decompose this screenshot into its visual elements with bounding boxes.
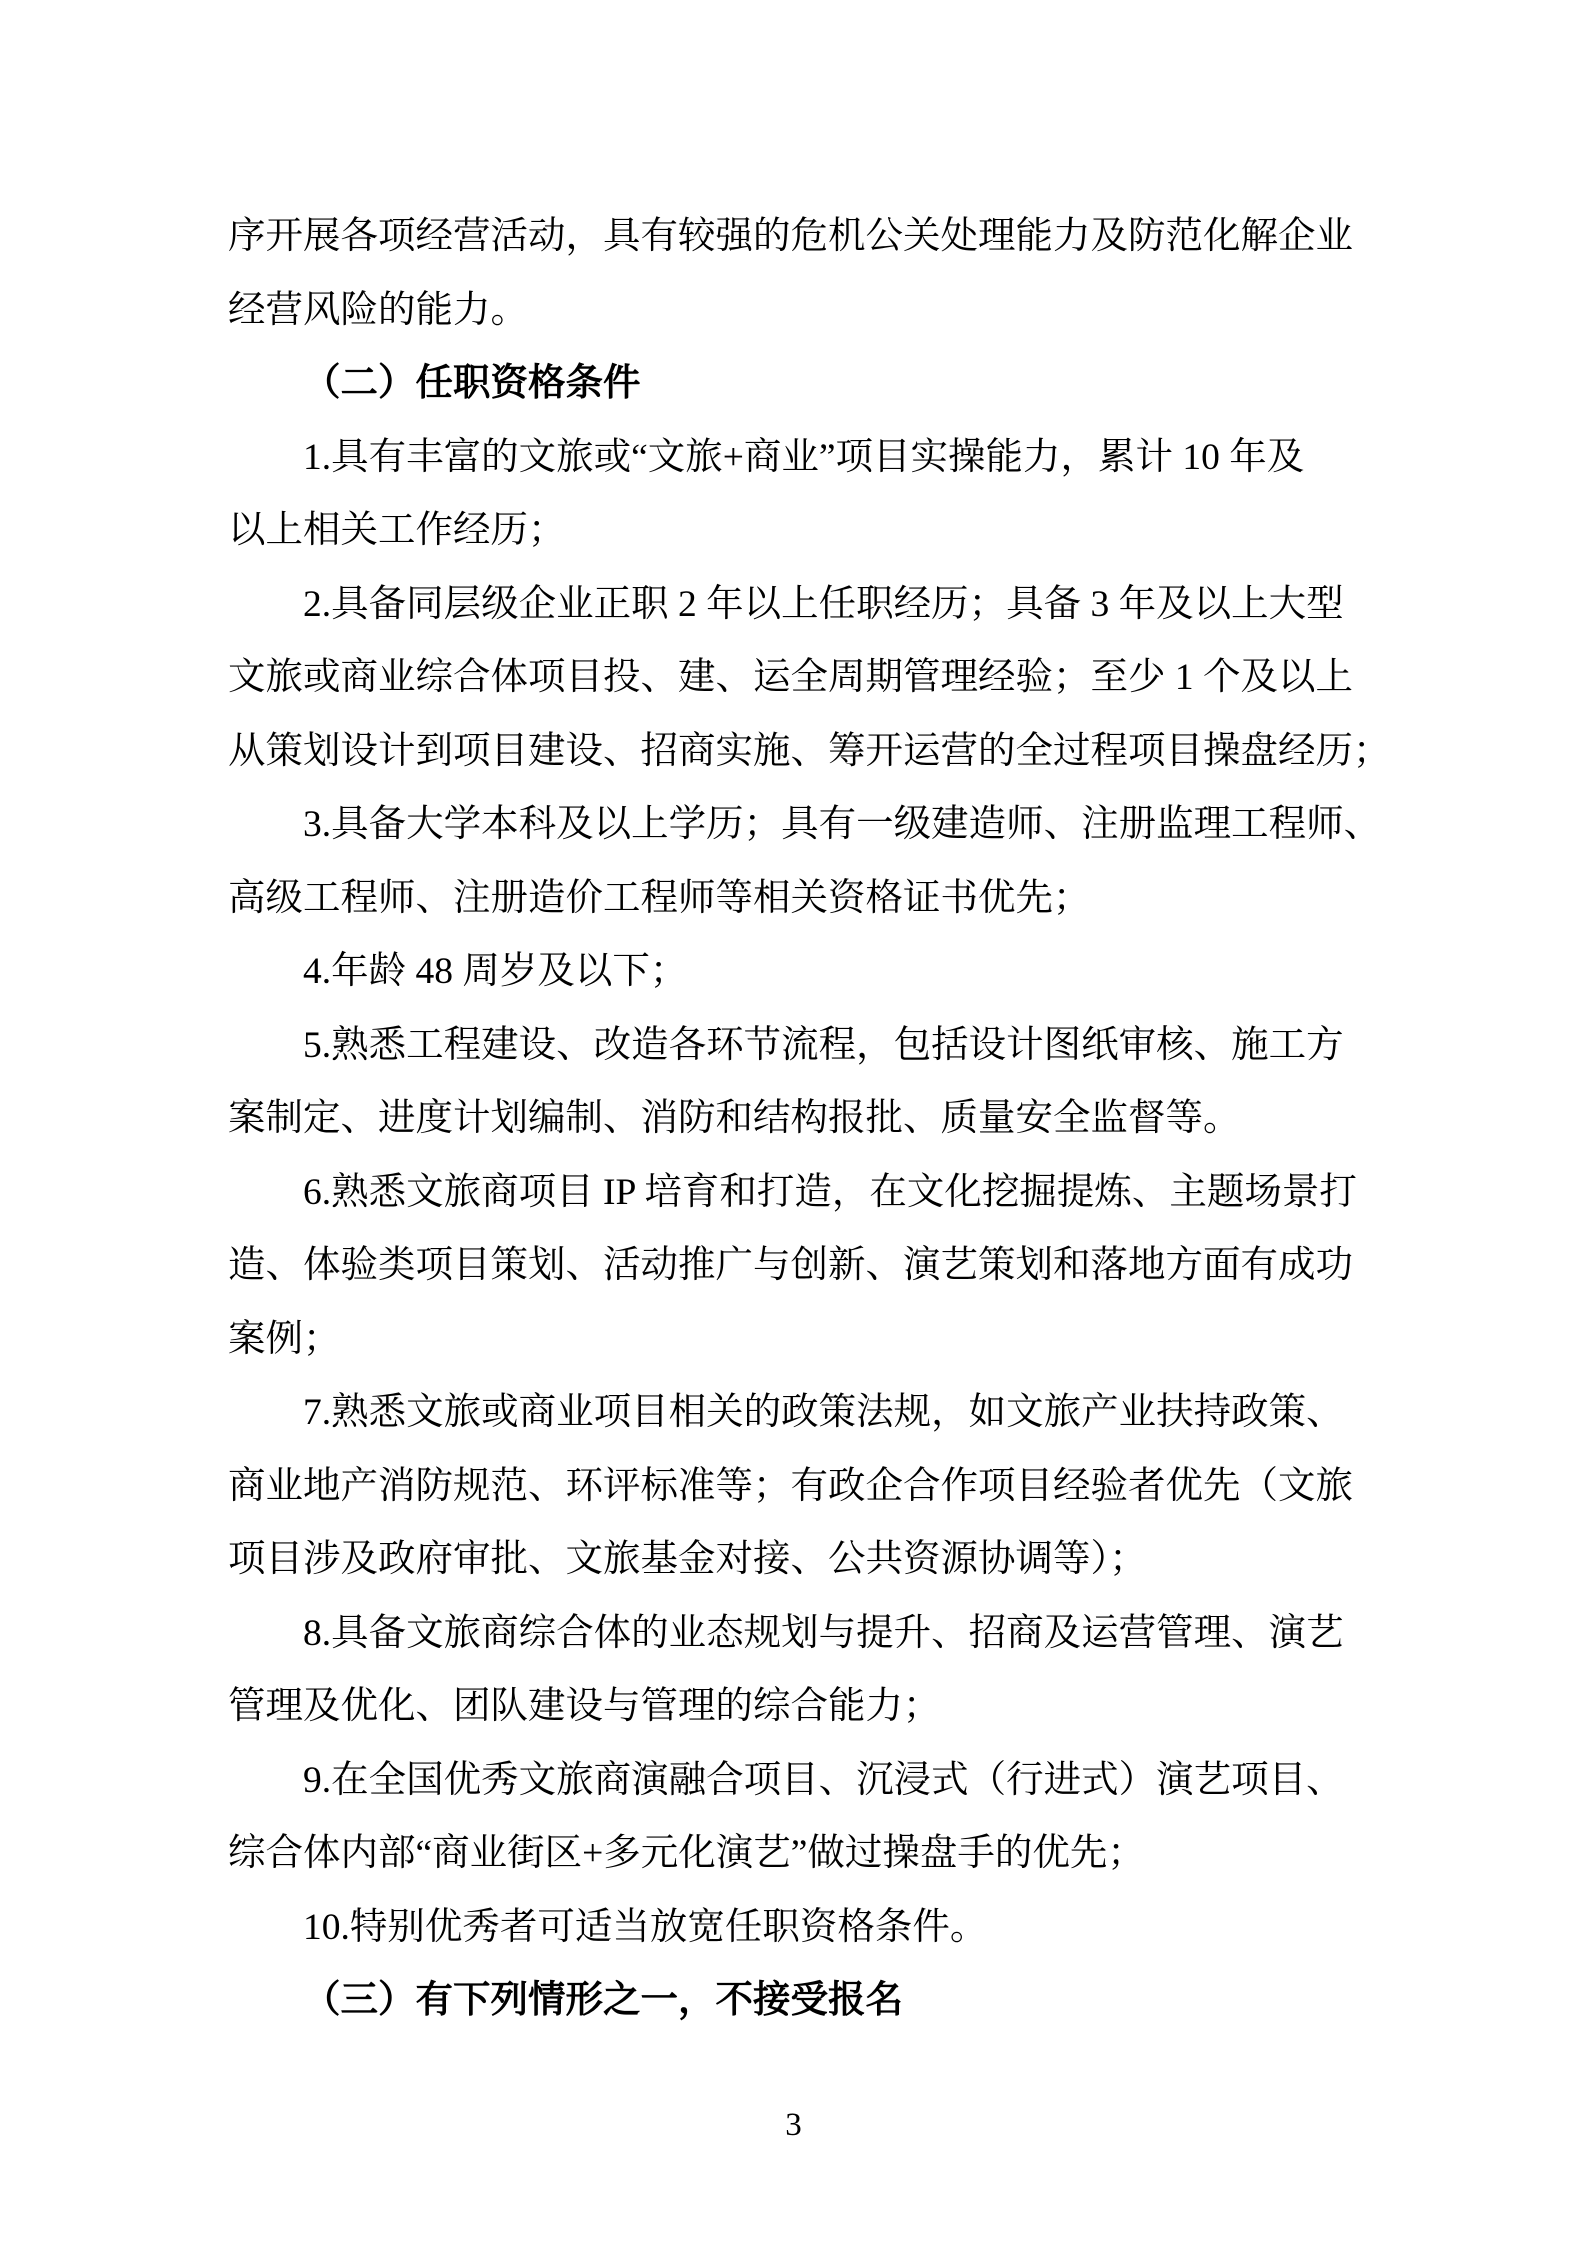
section-heading: （二）任职资格条件: [228, 347, 1360, 421]
text-line: 9.在全国优秀文旅商演融合项目、沉浸式（行进式）演艺项目、: [228, 1744, 1360, 1818]
text-line: 6.熟悉文旅商项目 IP 培育和打造，在文化挖掘提炼、主题场景打: [228, 1156, 1360, 1230]
text-line: 文旅或商业综合体项目投、建、运全周期管理经验；至少 1 个及以上: [228, 641, 1360, 715]
text-line: 3.具备大学本科及以上学历；具有一级建造师、注册监理工程师、: [228, 788, 1360, 862]
text-line: 4.年龄 48 周岁及以下；: [228, 935, 1360, 1009]
text-line: 2.具备同层级企业正职 2 年以上任职经历；具备 3 年及以上大型: [228, 568, 1360, 642]
section-heading: （三）有下列情形之一，不接受报名: [228, 1964, 1360, 2038]
text-line: 序开展各项经营活动，具有较强的危机公关处理能力及防范化解企业: [228, 200, 1360, 274]
text-line: 以上相关工作经历；: [228, 494, 1360, 568]
text-line: 商业地产消防规范、环评标准等；有政企合作项目经验者优先（文旅: [228, 1450, 1360, 1524]
text-line: 案例；: [228, 1303, 1360, 1377]
text-line: 案制定、进度计划编制、消防和结构报批、质量安全监督等。: [228, 1082, 1360, 1156]
text-line: 7.熟悉文旅或商业项目相关的政策法规，如文旅产业扶持政策、: [228, 1376, 1360, 1450]
text-line: 项目涉及政府审批、文旅基金对接、公共资源协调等）；: [228, 1523, 1360, 1597]
text-line: 综合体内部“商业街区+多元化演艺”做过操盘手的优先；: [228, 1817, 1360, 1891]
text-line: 1.具有丰富的文旅或“文旅+商业”项目实操能力，累计 10 年及: [228, 421, 1360, 495]
text-line: 造、体验类项目策划、活动推广与创新、演艺策划和落地方面有成功: [228, 1229, 1360, 1303]
page-number: 3: [0, 2106, 1587, 2144]
text-line: 5.熟悉工程建设、改造各环节流程，包括设计图纸审核、施工方: [228, 1009, 1360, 1083]
document-page: 序开展各项经营活动，具有较强的危机公关处理能力及防范化解企业 经营风险的能力。 …: [0, 0, 1587, 2245]
text-line: 经营风险的能力。: [228, 274, 1360, 348]
text-line: 10.特别优秀者可适当放宽任职资格条件。: [228, 1891, 1360, 1965]
text-line: 8.具备文旅商综合体的业态规划与提升、招商及运营管理、演艺: [228, 1597, 1360, 1671]
text-line: 高级工程师、注册造价工程师等相关资格证书优先；: [228, 862, 1360, 936]
text-line: 管理及优化、团队建设与管理的综合能力；: [228, 1670, 1360, 1744]
document-body: 序开展各项经营活动，具有较强的危机公关处理能力及防范化解企业 经营风险的能力。 …: [228, 200, 1360, 2038]
text-line: 从策划设计到项目建设、招商实施、筹开运营的全过程项目操盘经历；: [228, 715, 1360, 789]
